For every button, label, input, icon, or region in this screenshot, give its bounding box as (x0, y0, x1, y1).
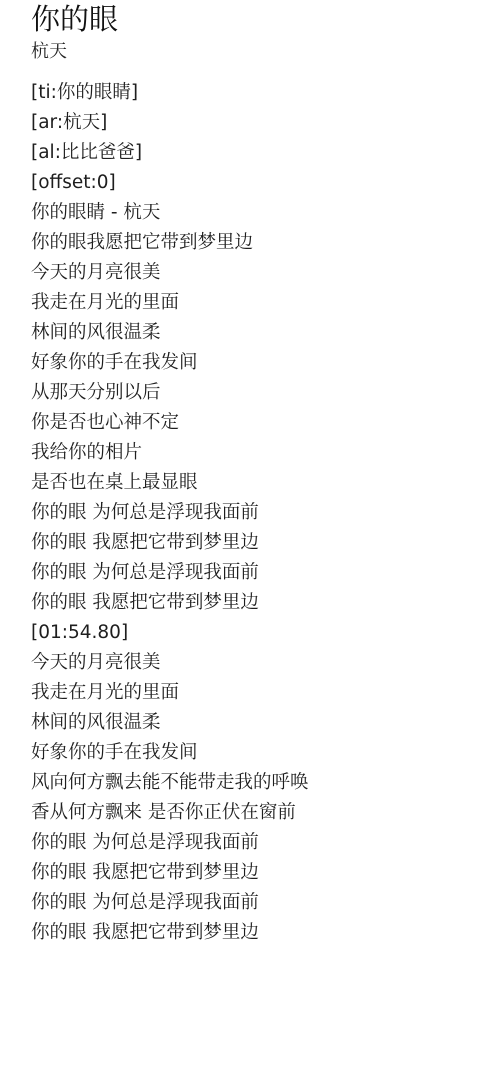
lyric-line: 是否也在桌上最显眼 (31, 468, 309, 498)
lyric-line: 今天的月亮很美 (31, 648, 309, 678)
lyric-line: 我走在月光的里面 (31, 288, 309, 318)
lyric-line: [ti:你的眼睛] (31, 78, 309, 108)
lyric-line: 香从何方飘来 是否你正伏在窗前 (31, 798, 309, 828)
lyric-line: 你的眼 我愿把它带到梦里边 (31, 588, 309, 618)
lyric-line: 你是否也心神不定 (31, 408, 309, 438)
song-artist: 杭天 (31, 38, 118, 66)
lyric-line: 好象你的手在我发间 (31, 738, 309, 768)
lyric-line: 我给你的相片 (31, 438, 309, 468)
lyric-line: 你的眼 为何总是浮现我面前 (31, 558, 309, 588)
song-title: 你的眼 (31, 0, 118, 38)
lyric-line: 你的眼我愿把它带到梦里边 (31, 228, 309, 258)
lyric-line: 你的眼 我愿把它带到梦里边 (31, 858, 309, 888)
lyric-line: 林间的风很温柔 (31, 708, 309, 738)
lyric-line: 你的眼 我愿把它带到梦里边 (31, 918, 309, 948)
lyrics-list: [ti:你的眼睛] [ar:杭天] [al:比比爸爸] [offset:0] 你… (31, 78, 309, 948)
lyric-line: 你的眼 为何总是浮现我面前 (31, 498, 309, 528)
lyric-line: 风向何方飘去能不能带走我的呼唤 (31, 768, 309, 798)
lyric-line: 你的眼睛 - 杭天 (31, 198, 309, 228)
lyric-line: [offset:0] (31, 168, 309, 198)
lyric-line: 你的眼 为何总是浮现我面前 (31, 828, 309, 858)
lyric-line: 林间的风很温柔 (31, 318, 309, 348)
lyric-line: 你的眼 我愿把它带到梦里边 (31, 528, 309, 558)
lyric-line: [ar:杭天] (31, 108, 309, 138)
song-header: 你的眼 杭天 (31, 0, 118, 66)
lyric-line: 我走在月光的里面 (31, 678, 309, 708)
lyric-line: 好象你的手在我发间 (31, 348, 309, 378)
lyric-line: 从那天分别以后 (31, 378, 309, 408)
lyric-line: [01:54.80] (31, 618, 309, 648)
lyric-line: 今天的月亮很美 (31, 258, 309, 288)
lyric-line: [al:比比爸爸] (31, 138, 309, 168)
lyric-line: 你的眼 为何总是浮现我面前 (31, 888, 309, 918)
